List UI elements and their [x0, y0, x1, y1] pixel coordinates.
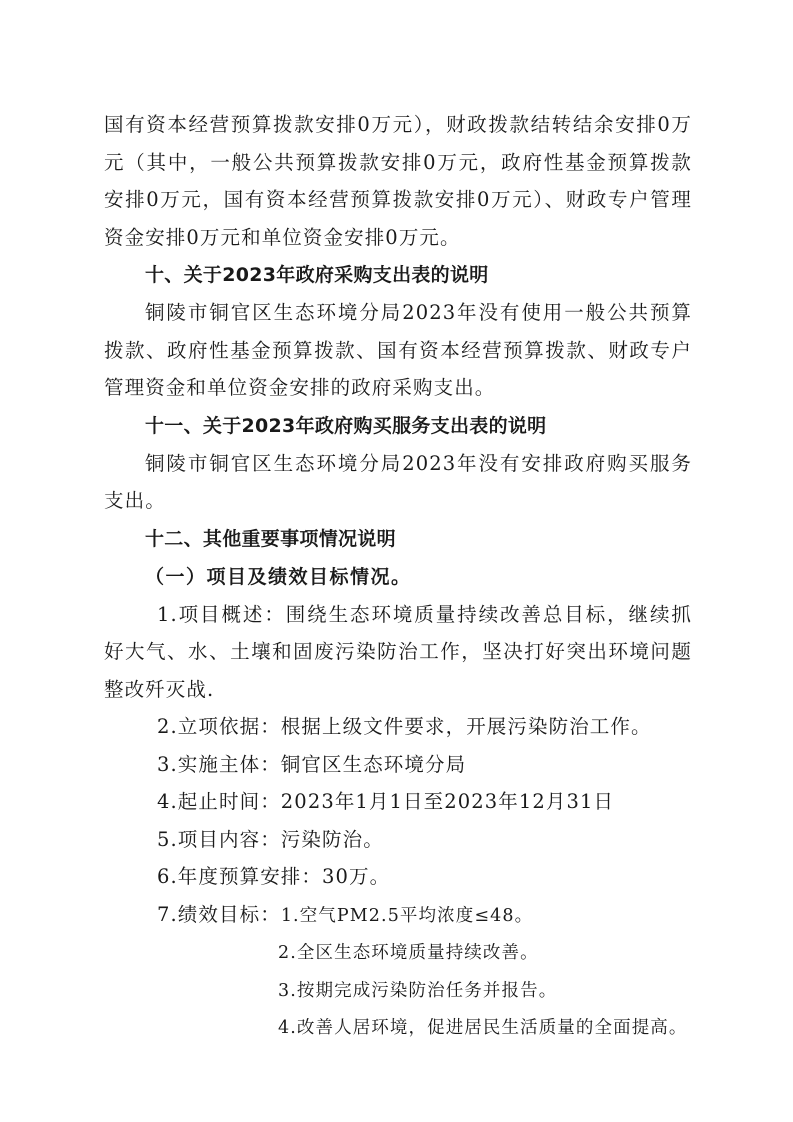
- project-item-entity: 3.实施主体：铜官区生态环境分局: [104, 746, 692, 784]
- goal-2: 2.全区生态环境质量持续改善。: [104, 935, 692, 973]
- project-item-budget: 6.年度预算安排：30万。: [104, 858, 692, 896]
- project-subheading: （一）项目及绩效目标情况。: [104, 558, 692, 596]
- intro-paragraph: 国有资本经营预算拨款安排0万元），财政拨款结转结余安排0万元（其中，一般公共预算…: [104, 106, 692, 256]
- project-item-period: 4.起止时间：2023年1月1日至2023年12月31日: [104, 783, 692, 821]
- section-12-heading: 十二、其他重要事项情况说明: [104, 520, 692, 558]
- performance-goals-row: 7.绩效目标：1.空气PM2.5平均浓度≤48。: [104, 896, 692, 936]
- section-11-body: 铜陵市铜官区生态环境分局2023年没有安排政府购买服务支出。: [104, 445, 692, 520]
- project-item-content: 5.项目内容：污染防治。: [104, 821, 692, 859]
- goal-1: 1.空气PM2.5平均浓度≤48。: [281, 906, 533, 926]
- performance-goals-label: 7.绩效目标：: [157, 903, 281, 926]
- section-10-heading: 十、关于2023年政府采购支出表的说明: [104, 256, 692, 294]
- goal-3: 3.按期完成污染防治任务并报告。: [104, 973, 692, 1011]
- section-11-heading: 十一、关于2023年政府购买服务支出表的说明: [104, 407, 692, 445]
- document-page: 国有资本经营预算拨款安排0万元），财政拨款结转结余安排0万元（其中，一般公共预算…: [104, 106, 692, 1048]
- project-item-basis: 2.立项依据：根据上级文件要求，开展污染防治工作。: [104, 708, 692, 746]
- goal-4: 4.改善人居环境，促进居民生活质量的全面提高。: [104, 1010, 692, 1048]
- project-item-overview: 1.项目概述：围绕生态环境质量持续改善总目标，继续抓好大气、水、土壤和固废污染防…: [104, 596, 692, 709]
- section-10-body: 铜陵市铜官区生态环境分局2023年没有使用一般公共预算拨款、政府性基金预算拨款、…: [104, 294, 692, 407]
